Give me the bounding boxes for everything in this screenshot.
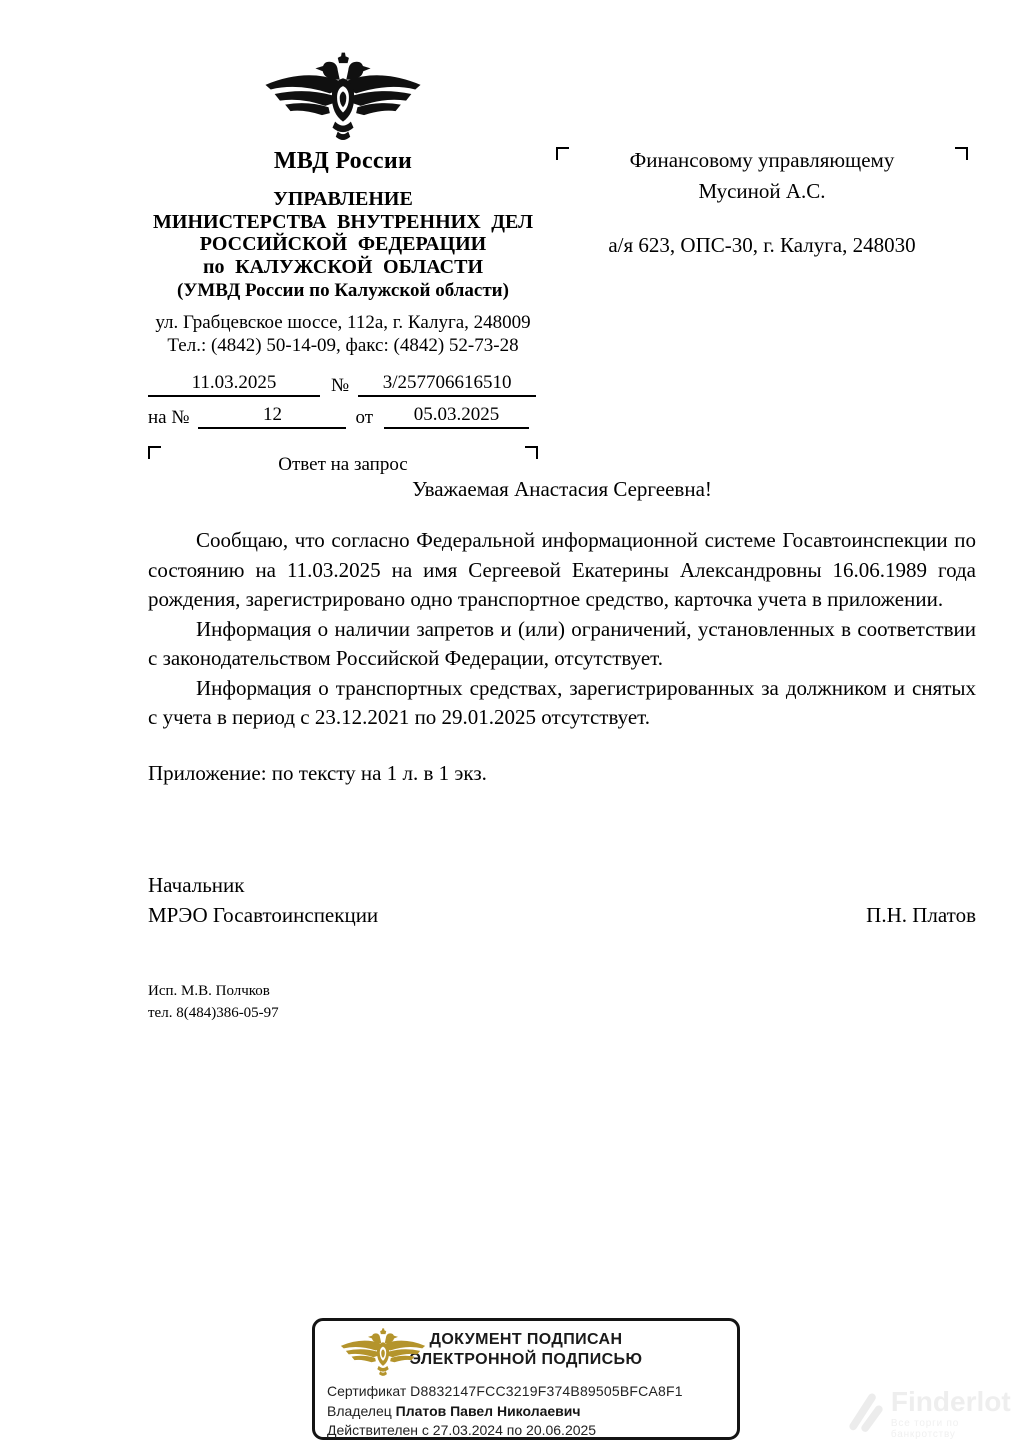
ref-number-row: на № 12 от 05.03.2025 <box>148 404 538 429</box>
stamp-details: Сертификат D8832147FCC3219F374B89505BFCA… <box>327 1382 729 1441</box>
ref-number-field: 12 <box>198 404 346 429</box>
subject-title: Ответ на запрос <box>278 446 407 476</box>
executor-phone: тел. 8(484)386-05-97 <box>148 1003 279 1025</box>
signer-name: П.Н. Платов <box>866 900 976 930</box>
recipient-block: Финансовому управляющему Мусиной А.С. а/… <box>556 145 968 261</box>
stamp-validity-line: Действителен с 27.03.2024 по 20.06.2025 <box>327 1421 729 1441</box>
corner-mark-left-icon <box>556 147 569 160</box>
ref-date-field: 05.03.2025 <box>384 404 529 429</box>
org-address: ул. Грабцевское шоссе, 112а, г. Калуга, … <box>148 311 538 334</box>
org-line: УПРАВЛЕНИЕ <box>148 188 538 211</box>
signer-position-line1: Начальник <box>148 870 976 900</box>
subject-row: Ответ на запрос <box>148 446 538 478</box>
doc-number-row: 11.03.2025 № 3/257706616510 <box>148 372 538 397</box>
mvd-eagle-emblem-icon <box>255 52 431 144</box>
org-line: РОССИЙСКОЙ ФЕДЕРАЦИИ <box>148 233 538 256</box>
paragraph: Информация о транспортных средствах, зар… <box>148 674 976 733</box>
mvd-eagle-gold-icon <box>336 1328 430 1378</box>
stamp-certificate-line: Сертификат D8832147FCC3219F374B89505BFCA… <box>327 1382 729 1402</box>
recipient-address: а/я 623, ОПС-30, г. Калуга, 248030 <box>556 230 968 261</box>
recipient-title: Финансовому управляющему <box>556 145 968 176</box>
executor-name: Исп. М.В. Полчков <box>148 981 279 1003</box>
doc-number-field: 3/257706616510 <box>358 372 536 397</box>
paragraph: Информация о наличии запретов и (или) ог… <box>148 615 976 674</box>
org-line: по КАЛУЖСКОЙ ОБЛАСТИ <box>148 256 538 279</box>
e-signature-stamp: ДОКУМЕНТ ПОДПИСАН ЭЛЕКТРОННОЙ ПОДПИСЬЮ С… <box>312 1318 740 1440</box>
attachment-note: Приложение: по тексту на 1 л. в 1 экз. <box>148 759 976 789</box>
document-page: МВД России УПРАВЛЕНИЕ МИНИСТЕРСТВА ВНУТР… <box>0 0 1024 1448</box>
paragraph: Сообщаю, что согласно Федеральной информ… <box>148 526 976 615</box>
from-label: от <box>355 407 373 429</box>
corner-mark-right-icon <box>955 147 968 160</box>
letterhead: МВД России УПРАВЛЕНИЕ МИНИСТЕРСТВА ВНУТР… <box>148 52 538 478</box>
org-name-full: УПРАВЛЕНИЕ МИНИСТЕРСТВА ВНУТРЕННИХ ДЕЛ Р… <box>148 188 538 302</box>
watermark-text: Finderlot Все торги по банкротству <box>891 1388 1024 1440</box>
org-line: МИНИСТЕРСТВА ВНУТРЕННИХ ДЕЛ <box>148 211 538 234</box>
salutation: Уважаемая Анастасия Сергеевна! <box>148 477 976 502</box>
executor-block: Исп. М.В. Полчков тел. 8(484)386-05-97 <box>148 981 279 1024</box>
watermark-brand: Finderlot <box>891 1388 1024 1416</box>
corner-mark-right-icon <box>525 446 538 459</box>
number-sign-label: № <box>331 375 349 397</box>
finderlot-watermark: Finderlot Все торги по банкротству <box>843 1388 1024 1440</box>
org-name-short: МВД России <box>148 148 538 175</box>
finderlot-logo-icon <box>843 1388 884 1434</box>
watermark-subtitle: Все торги по банкротству <box>891 1418 1024 1440</box>
recipient-name: Мусиной А.С. <box>556 176 968 207</box>
corner-mark-left-icon <box>148 446 161 459</box>
signature-block: Начальник МРЭО Госавтоинспекции П.Н. Пла… <box>148 870 976 930</box>
org-name-abbrev: (УМВД России по Калужской области) <box>148 279 538 302</box>
signer-position-line2: МРЭО Госавтоинспекции <box>148 900 378 930</box>
letter-body: Сообщаю, что согласно Федеральной информ… <box>148 526 976 788</box>
ref-label: на № <box>148 407 189 429</box>
stamp-owner-line: Владелец Платов Павел Николаевич <box>327 1402 729 1422</box>
org-phone: Тел.: (4842) 50-14-09, факс: (4842) 52-7… <box>148 334 538 357</box>
doc-date-field: 11.03.2025 <box>148 372 320 397</box>
